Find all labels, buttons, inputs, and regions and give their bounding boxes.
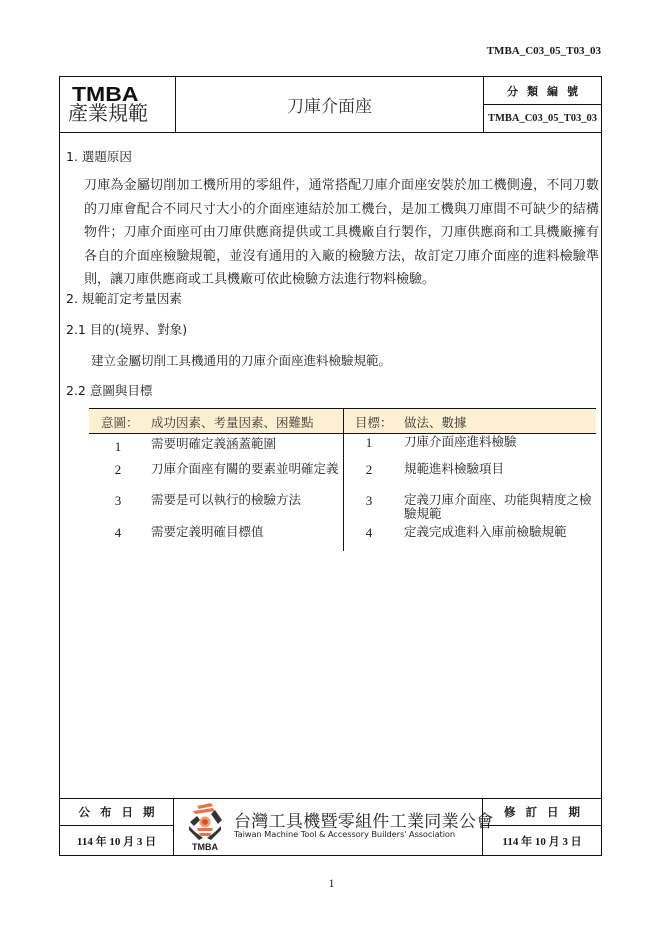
intent-row-number: 3 (108, 493, 128, 509)
intent-row-number: 1 (108, 439, 128, 455)
goal-column-title: 做法、數據 (404, 413, 467, 431)
section-1-paragraph: 刀庫為金屬切削加工機所用的零組件，通常搭配刀庫介面座安裝於加工機側邊，不同刀數的… (84, 174, 599, 292)
intent-cell: 需要定義明確目標值 (151, 525, 341, 539)
page-number: 1 (0, 876, 663, 891)
section-2-1-heading: 2.1 目的(境界、對象) (66, 320, 187, 338)
intent-cell: 需要是可以執行的檢驗方法 (151, 493, 341, 507)
intent-column-title: 成功因素、考量因素、困難點 (151, 413, 314, 431)
association-name-english: Taiwan Machine Tool & Accessory Builders… (234, 829, 455, 839)
goal-cell: 定義刀庫介面座、功能與精度之檢驗規範 (404, 493, 594, 521)
publish-date-block: 公布日期 114 年 10 月 3 日 (60, 799, 174, 855)
section-1-heading: 1. 選題原因 (66, 147, 132, 165)
revise-date-value: 114 年 10 月 3 日 (483, 826, 601, 855)
classification-label: 分類編號 (484, 77, 601, 105)
goal-cell: 規範進料檢驗項目 (404, 462, 594, 476)
tmba-standard-logo: TMBA 產業規範 (60, 77, 176, 132)
publish-date-value: 114 年 10 月 3 日 (60, 826, 173, 855)
association-logo-icon: TMBA (187, 802, 223, 852)
section-2-heading: 2. 規範訂定考量因素 (66, 289, 182, 307)
document-title: 刀庫介面座 (176, 77, 484, 132)
revise-date-block: 修訂日期 114 年 10 月 3 日 (482, 799, 601, 855)
document-footer: 公布日期 114 年 10 月 3 日 TMBA 台灣工具機暨零組件工業同業公會… (59, 798, 602, 856)
svg-text:TMBA: TMBA (192, 842, 218, 852)
document-header: TMBA 產業規範 刀庫介面座 分類編號 TMBA_C03_05_T03_03 (59, 76, 602, 133)
goal-row-number: 2 (359, 462, 379, 478)
intent-row-number: 2 (108, 462, 128, 478)
classification-code: TMBA_C03_05_T03_03 (484, 105, 601, 132)
logo-chinese-text: 產業規範 (68, 102, 148, 124)
goal-row-number: 1 (359, 435, 379, 451)
intent-table-divider (343, 408, 344, 551)
publish-date-label: 公布日期 (60, 799, 173, 826)
section-2-1-paragraph: 建立金屬切削工具機通用的刀庫介面座進料檢驗規範。 (91, 351, 391, 369)
intent-cell: 需要明確定義涵蓋範圍 (151, 437, 341, 451)
section-2-2-heading: 2.2 意圖與目標 (66, 381, 152, 399)
intent-cell: 刀庫介面座有關的要素並明確定義 (151, 462, 341, 476)
goal-label: 目標： (355, 413, 393, 431)
intent-label: 意圖： (101, 413, 139, 431)
goal-cell: 刀庫介面座進料檢驗 (404, 435, 594, 449)
goal-row-number: 4 (359, 525, 379, 541)
intent-row-number: 4 (108, 525, 128, 541)
revise-date-label: 修訂日期 (483, 799, 601, 826)
goal-cell: 定義完成進料入庫前檢驗規範 (404, 525, 594, 539)
document-code: TMBA_C03_05_T03_03 (487, 45, 601, 57)
goal-row-number: 3 (359, 493, 379, 509)
